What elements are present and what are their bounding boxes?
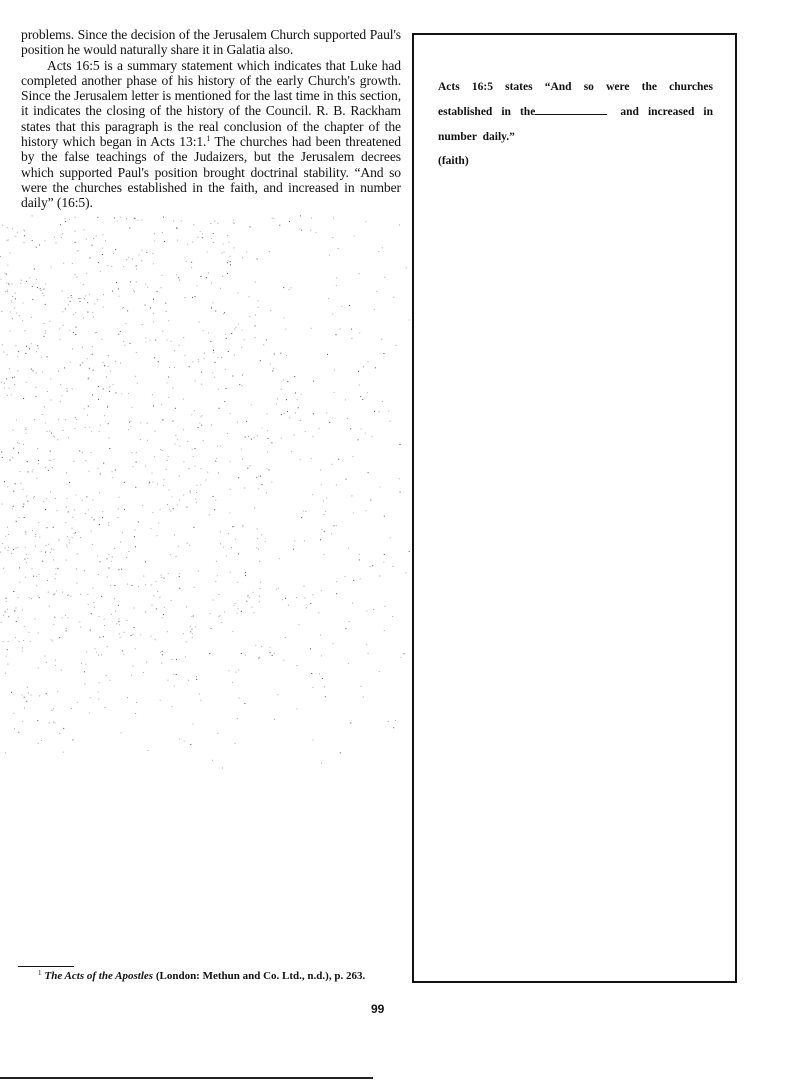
- footnote-mark: 1: [38, 969, 42, 977]
- answer-blank: [535, 103, 607, 115]
- footnote: 1The Acts of the Apostles (London: Methu…: [38, 969, 365, 982]
- study-question-box: Acts 16:5 states “And so were the church…: [412, 33, 737, 983]
- footnote-book-title: The Acts of the Apostles: [45, 970, 154, 982]
- scan-edge-line: [0, 1077, 373, 1079]
- paragraph-1: problems. Since the decision of the Jeru…: [21, 27, 401, 58]
- footnote-divider: [18, 966, 74, 967]
- page-number: 99: [371, 1002, 384, 1016]
- main-text-column: problems. Since the decision of the Jeru…: [21, 27, 401, 211]
- answer-text: (faith): [438, 155, 469, 167]
- fill-in-question: Acts 16:5 states “And so were the church…: [438, 75, 713, 150]
- scan-noise-speckle: [0, 215, 410, 775]
- paragraph-2: Acts 16:5 is a summary statement which i…: [21, 58, 401, 211]
- footnote-citation: (London: Methun and Co. Ltd., n.d.), p. …: [153, 970, 365, 982]
